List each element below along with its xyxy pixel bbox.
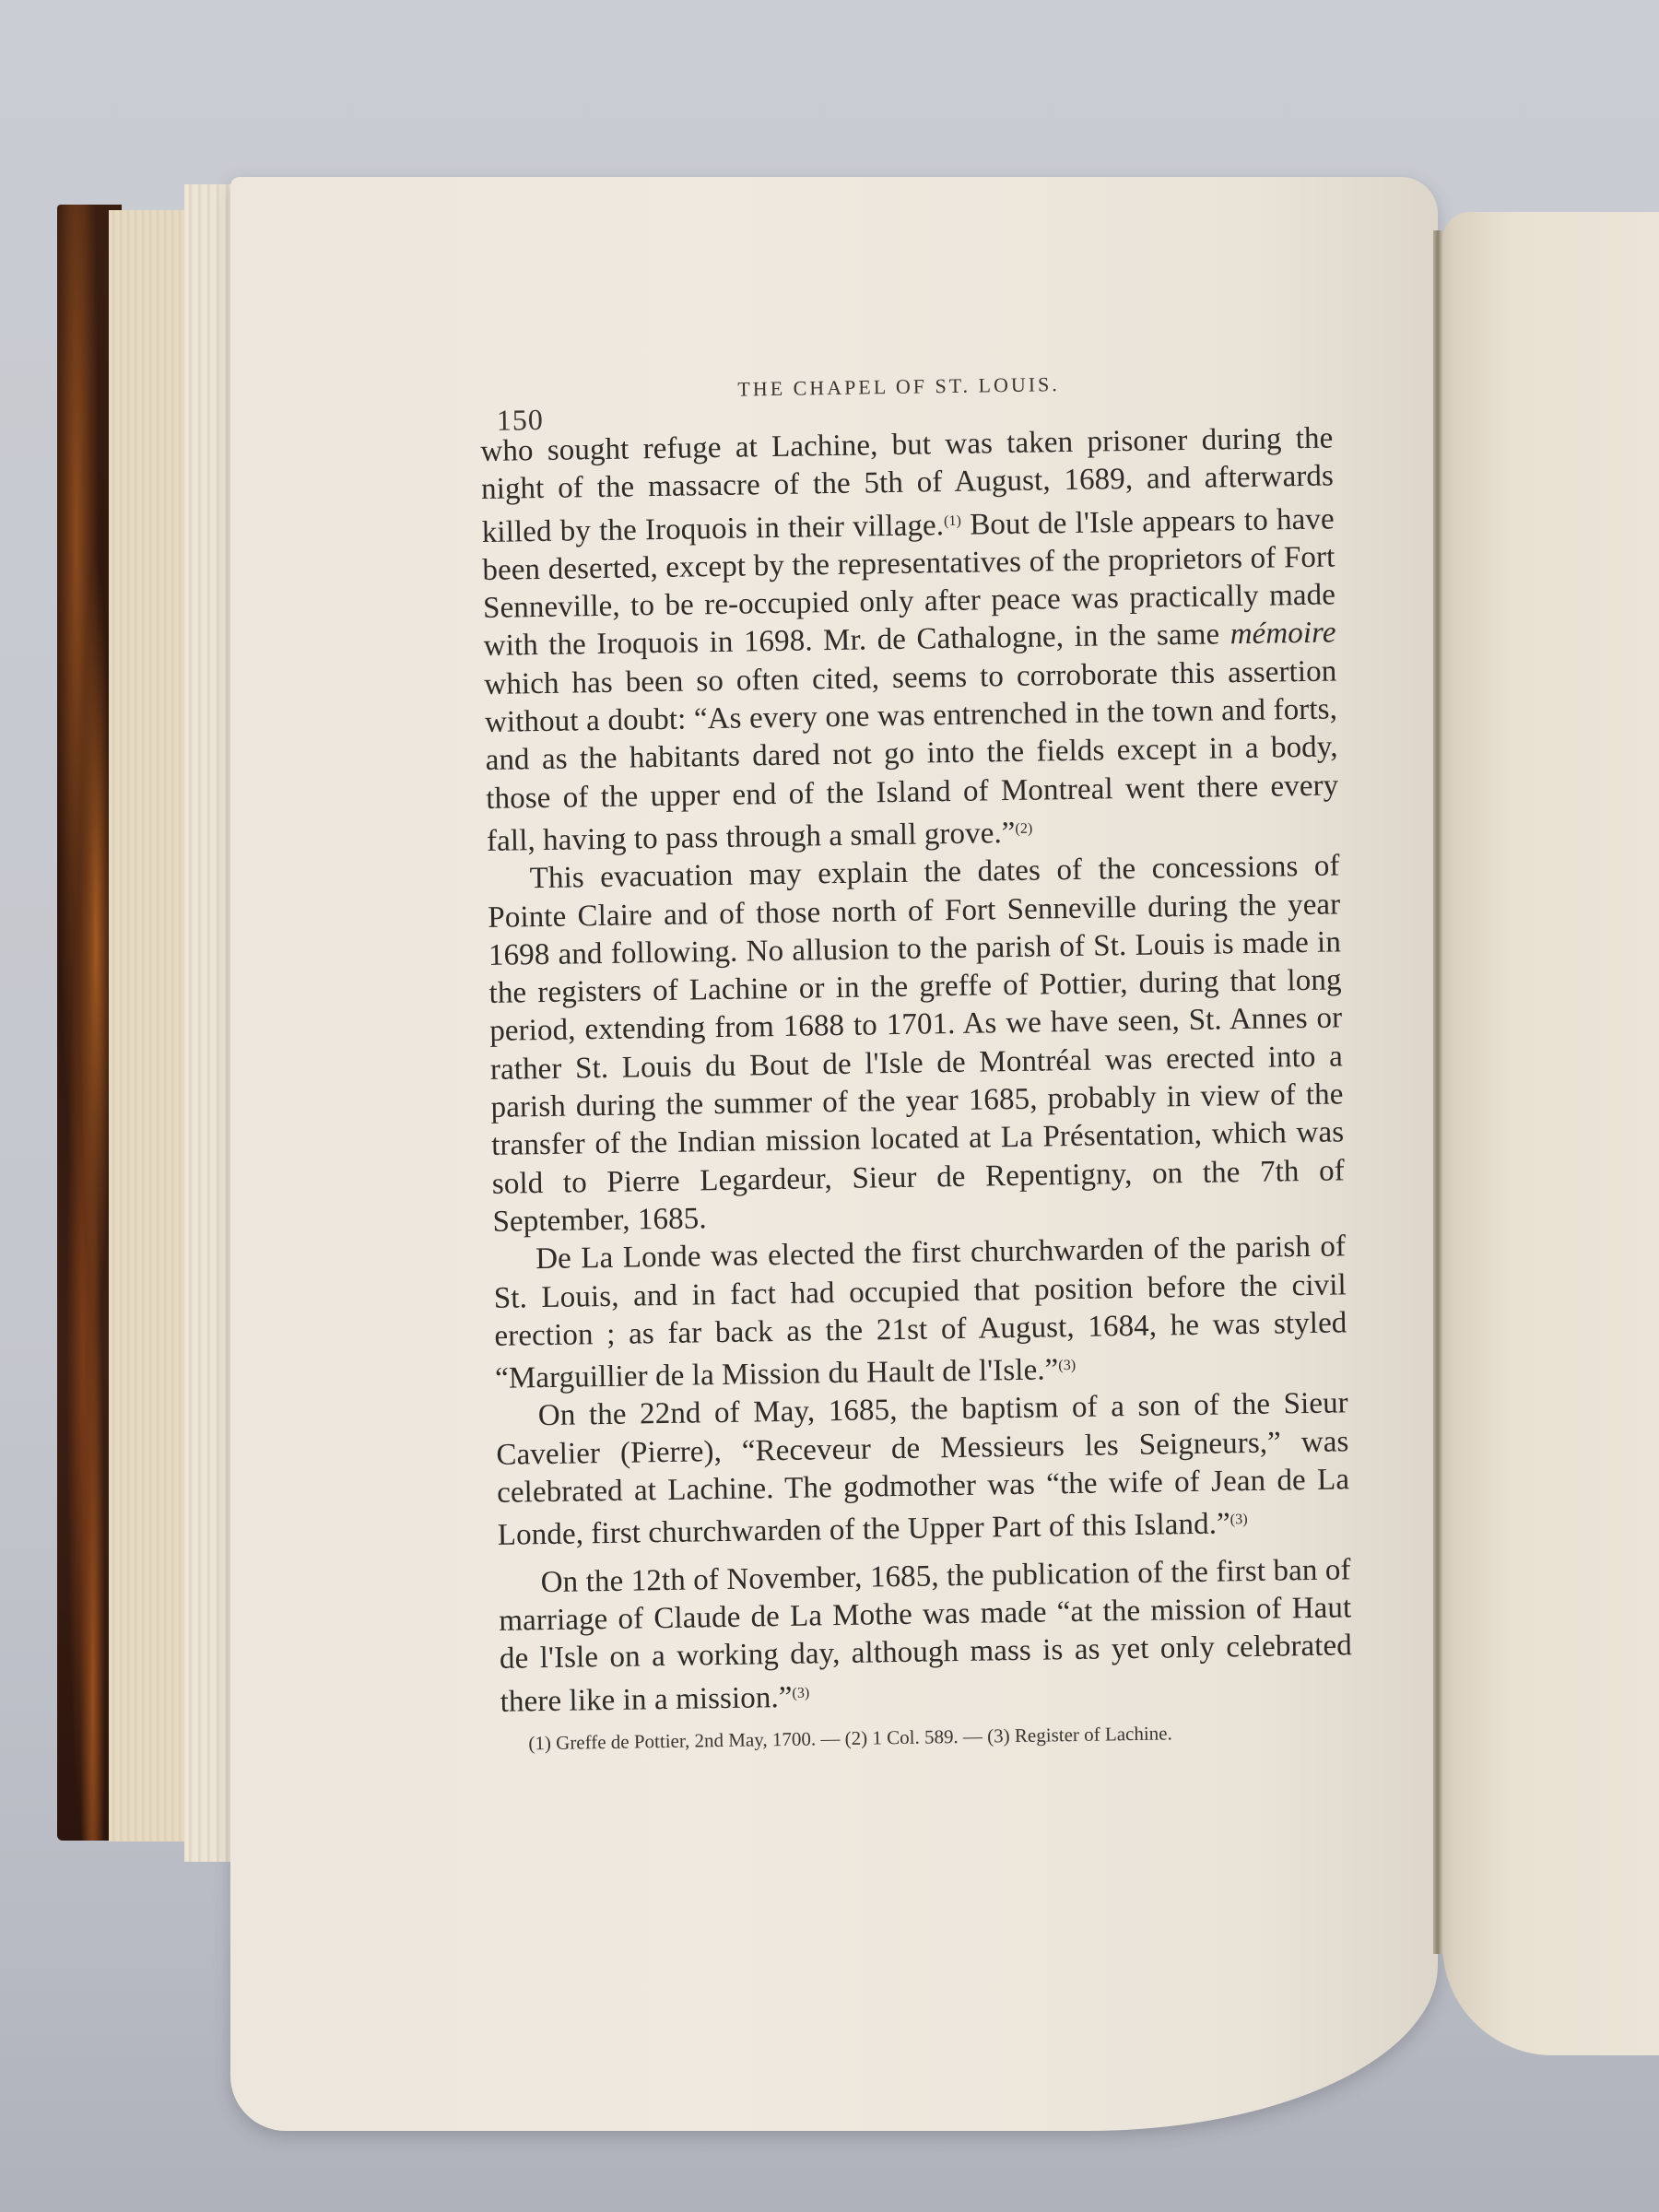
facing-page-blank: [1442, 212, 1659, 2055]
paragraph: De La Londe was elected the first church…: [493, 1229, 1348, 1399]
running-head: 150 THE CHAPEL OF ST. LOUIS.: [479, 355, 1333, 433]
footnote-ref: (3): [792, 1685, 809, 1700]
paragraph: On the 22nd of May, 1685, the baptism of…: [496, 1385, 1351, 1556]
italic-term: mémoire: [1230, 617, 1336, 652]
paragraph: On the 12th of November, 1685, the publi…: [498, 1551, 1353, 1722]
book-gutter: [1433, 230, 1442, 1954]
body-text: who sought refuge at Lachine, but was ta…: [480, 419, 1353, 1721]
footnote-ref: (3): [1230, 1512, 1248, 1527]
footnote-ref: (2): [1015, 821, 1032, 837]
paragraph: This evacuation may explain the dates of…: [487, 848, 1345, 1241]
page-number: 150: [497, 403, 545, 438]
paragraph: who sought refuge at Lachine, but was ta…: [480, 419, 1339, 861]
footnote-ref: (3): [1058, 1358, 1076, 1373]
running-head-title: THE CHAPEL OF ST. LOUIS.: [737, 372, 1060, 401]
page-content: 150 THE CHAPEL OF ST. LOUIS. who sought …: [479, 355, 1354, 1755]
footnote-ref: (1): [944, 512, 961, 528]
